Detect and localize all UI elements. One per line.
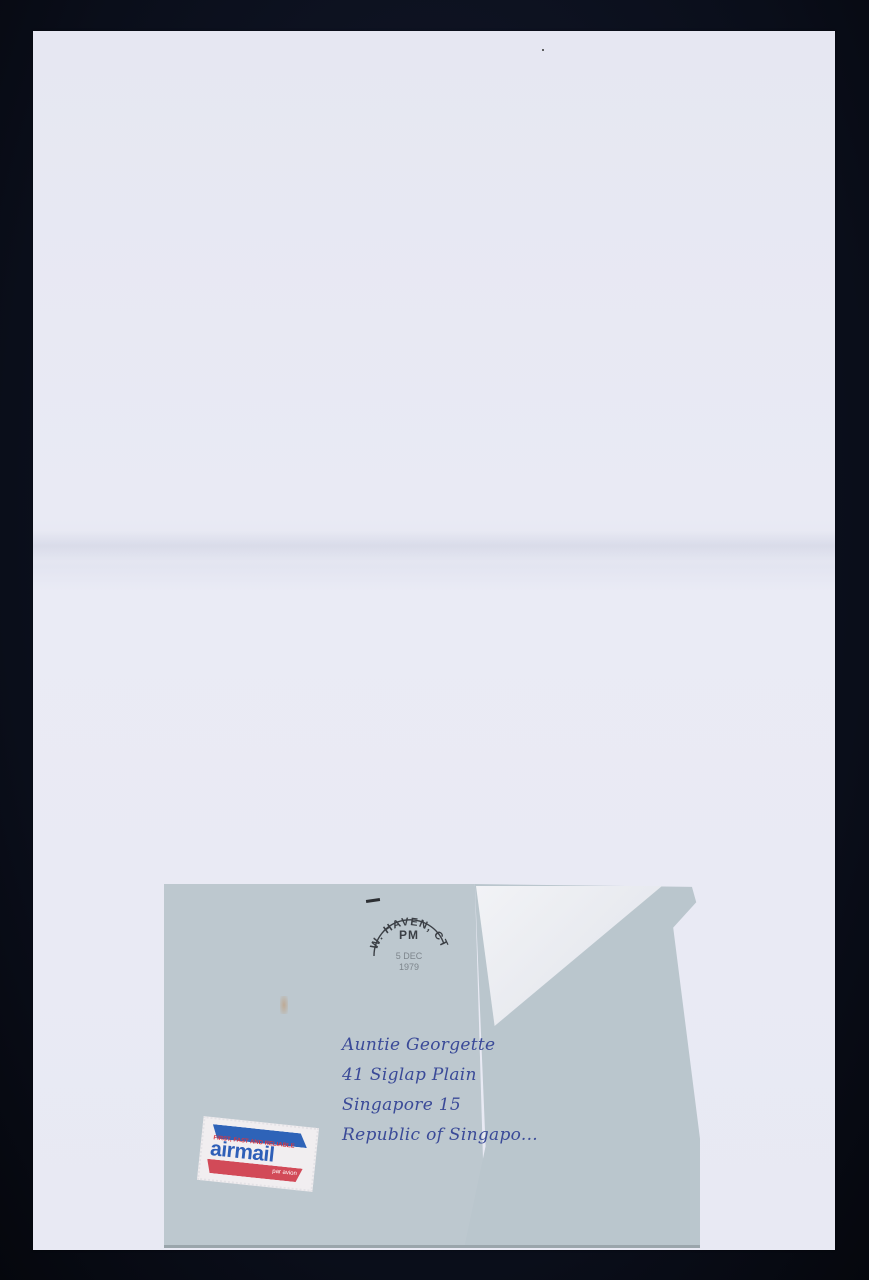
airmail-label: FIRST, FAST AND RELIABLE airmail par avi… [197,1116,319,1192]
address-country: Republic of Singapo... [342,1120,538,1150]
paper-fold-line [33,531,835,561]
postmark-center: PM [386,928,432,942]
handwritten-address: Auntie Georgette 41 Siglap Plain Singapo… [342,1030,538,1150]
address-street: 41 Siglap Plain [342,1060,538,1090]
postmark-year: 1979 [386,962,432,973]
paper-speck [542,49,544,51]
address-city: Singapore 15 [342,1090,538,1120]
postmark-ring-text: W. HAVEN, CT. [364,894,450,951]
envelope-edge [164,1245,700,1248]
address-recipient: Auntie Georgette [342,1030,538,1060]
envelope-stain [280,996,288,1014]
postmark-date: 5 DEC 1979 [386,951,432,973]
postmark: W. HAVEN, CT. PM 5 DEC 1979 [364,894,454,984]
postmark-day-month: 5 DEC [386,951,432,962]
svg-text:W. HAVEN, CT.: W. HAVEN, CT. [364,894,450,951]
airmail-envelope: W. HAVEN, CT. PM 5 DEC 1979 Auntie Georg… [164,884,700,1248]
